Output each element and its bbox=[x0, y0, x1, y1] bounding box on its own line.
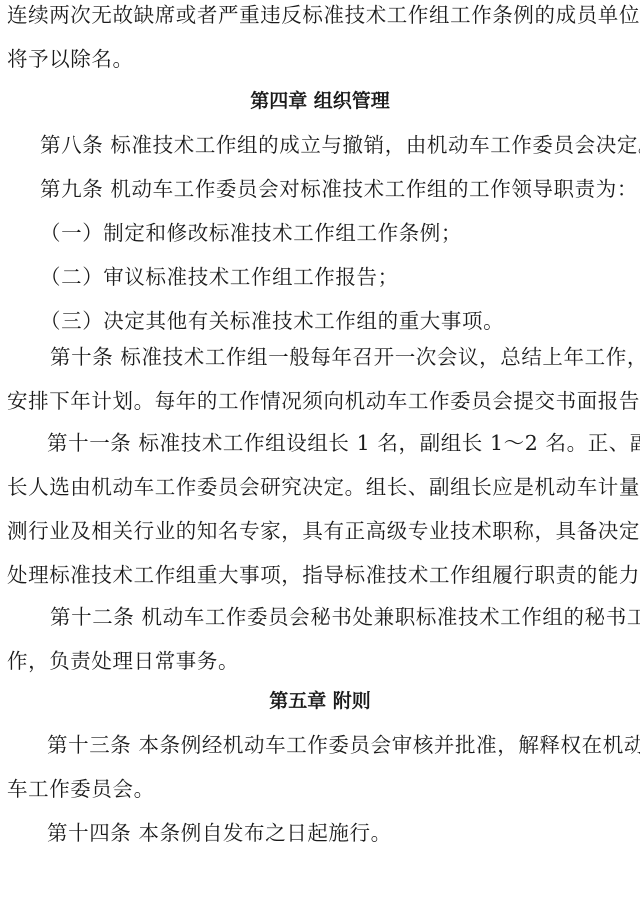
article-11-continuation: 处理标准技术工作组重大事项，指导标准技术工作组履行职责的能力。 bbox=[7, 560, 640, 590]
article-11-continuation: 测行业及相关行业的知名专家，具有正高级专业技术职称，具备决定、 bbox=[7, 516, 640, 546]
paragraph-line-continuation: 将予以除名。 bbox=[7, 44, 134, 74]
paragraph-line-continuation: 连续两次无故缺席或者严重违反标准技术工作组工作条例的成员单位， bbox=[7, 0, 640, 30]
article-9-item-3: （三）决定其他有关标准技术工作组的重大事项。 bbox=[40, 306, 504, 336]
document-page: 连续两次无故缺席或者严重违反标准技术工作组工作条例的成员单位， 将予以除名。 第… bbox=[0, 0, 640, 919]
article-9-item-2: （二）审议标准技术工作组工作报告； bbox=[40, 262, 399, 292]
article-9-item-1: （一）制定和修改标准技术工作组工作条例； bbox=[40, 218, 462, 248]
article-14: 第十四条 本条例自发布之日起施行。 bbox=[47, 818, 392, 848]
article-10-continuation: 安排下年计划。每年的工作情况须向机动车工作委员会提交书面报告。 bbox=[7, 386, 640, 416]
article-11-continuation: 长人选由机动车工作委员会研究决定。组长、副组长应是机动车计量检 bbox=[7, 472, 640, 502]
article-9: 第九条 机动车工作委员会对标准技术工作组的工作领导职责为： bbox=[40, 174, 638, 204]
article-12: 第十二条 机动车工作委员会秘书处兼职标准技术工作组的秘书工 bbox=[50, 602, 640, 632]
article-11: 第十一条 标准技术工作组设组长 1 名，副组长 1～2 名。正、副组 bbox=[47, 428, 640, 458]
article-12-continuation: 作，负责处理日常事务。 bbox=[7, 646, 239, 676]
chapter-heading-4: 第四章 组织管理 bbox=[0, 86, 640, 116]
article-8: 第八条 标准技术工作组的成立与撤销，由机动车工作委员会决定。 bbox=[40, 130, 640, 160]
chapter-heading-5: 第五章 附则 bbox=[0, 686, 640, 716]
article-13-continuation: 车工作委员会。 bbox=[7, 774, 155, 804]
article-10: 第十条 标准技术工作组一般每年召开一次会议，总结上年工作， bbox=[50, 342, 640, 372]
article-13: 第十三条 本条例经机动车工作委员会审核并批准，解释权在机动 bbox=[47, 730, 640, 760]
